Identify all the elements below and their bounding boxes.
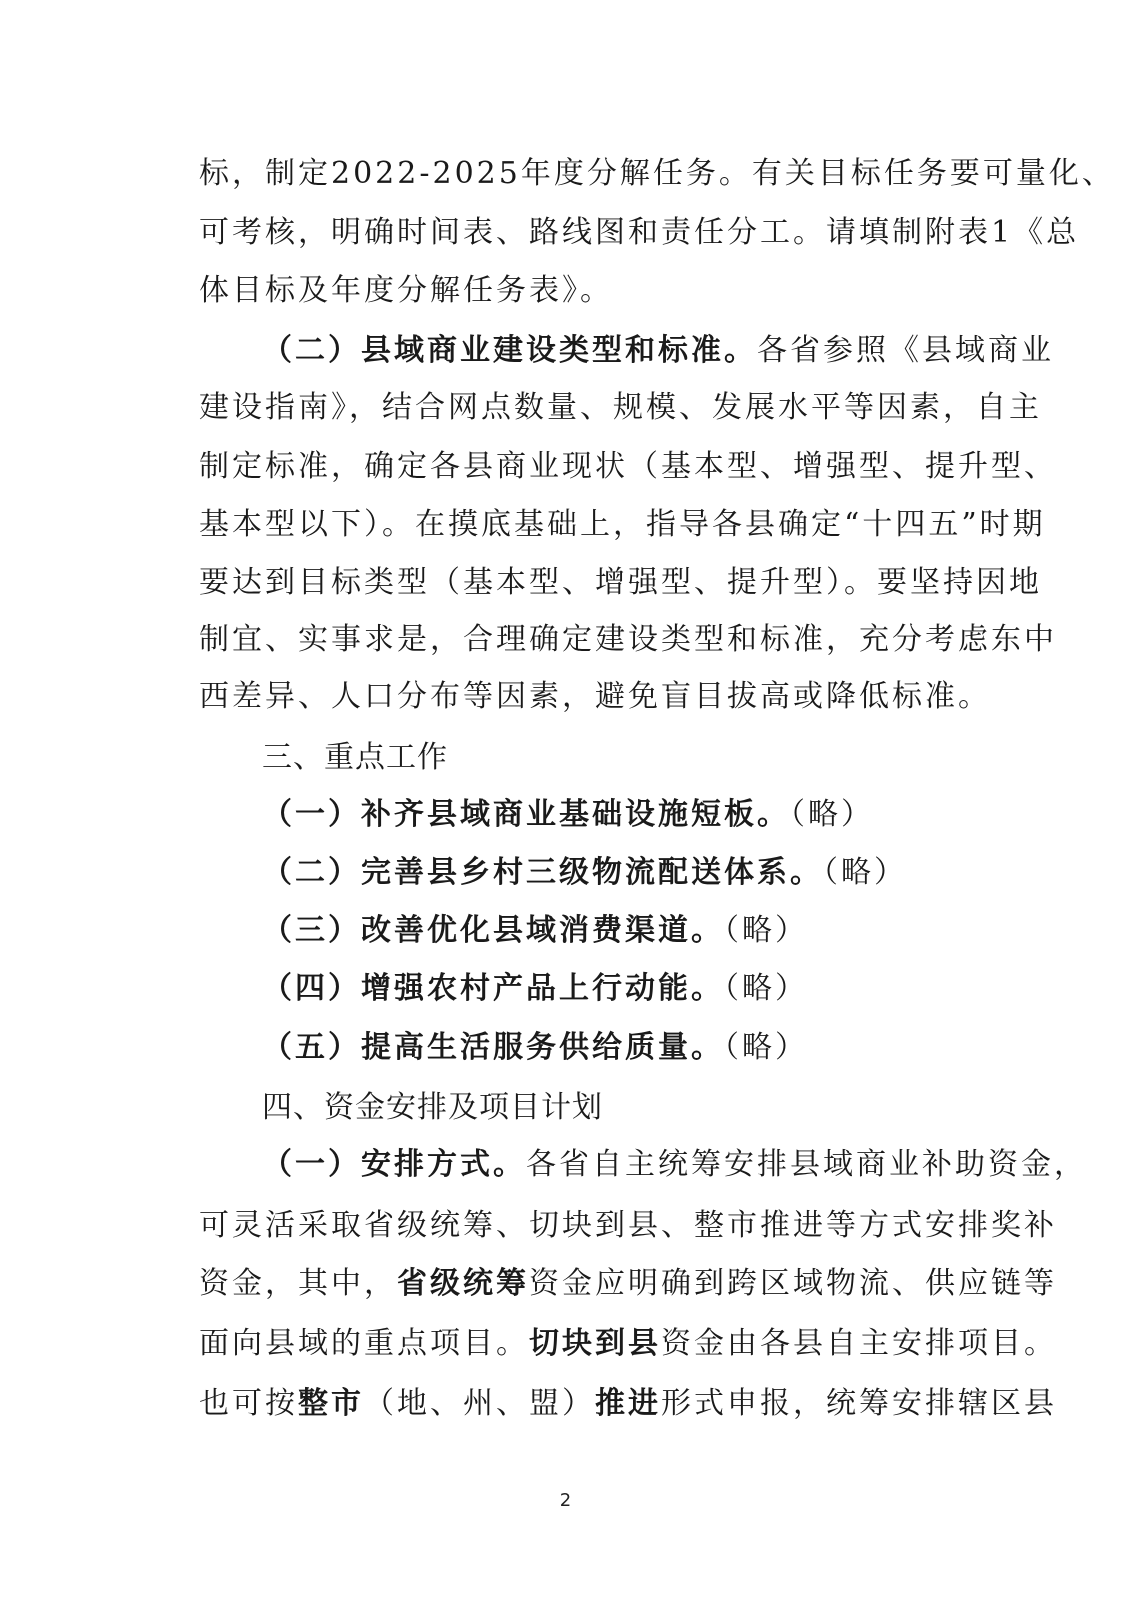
list-item-note: （略） [724, 1030, 808, 1065]
list-item-note: （略） [724, 971, 808, 1006]
list-item: （五）提高生活服务供给质量。（略） [262, 1019, 974, 1077]
list-item-title: （五）提高生活服务供给质量。 [262, 1030, 724, 1065]
emphasis-text: 省级统筹 [397, 1266, 529, 1301]
emphasis-text: 推进 [595, 1386, 661, 1421]
list-item-note: （略） [790, 797, 874, 832]
section-heading: 三、重点工作 [262, 729, 974, 787]
list-item: （一）补齐县域商业基础设施短板。（略） [262, 786, 974, 844]
paragraph-text: 资金由各县自主安排项目。 [661, 1326, 1057, 1361]
paragraph-text: 资金，其中， [199, 1266, 397, 1301]
paragraph-text: 资金应明确到跨区域物流、供应链等 [529, 1266, 1057, 1301]
paragraph-line: 制宜、实事求是，合理确定建设类型和标准，充分考虑东中 [199, 611, 974, 669]
paragraph-line: 基本型以下）。在摸底基础上，指导各县确定“十四五”时期 [199, 496, 974, 554]
subsection-title: （二）县域商业建设类型和标准。 [262, 333, 757, 368]
list-item-title: （二）完善县乡村三级物流配送体系。 [262, 855, 823, 890]
page-number: 2 [0, 1490, 1131, 1511]
list-item-title: （一）补齐县域商业基础设施短板。 [262, 797, 790, 832]
paragraph-text: 也可按 [199, 1386, 298, 1421]
paragraph-line: 西差异、人口分布等因素，避免盲目拔高或降低标准。 [199, 668, 974, 726]
list-item-title: （四）增强农村产品上行动能。 [262, 971, 724, 1006]
emphasis-text: 切块到县 [529, 1326, 661, 1361]
paragraph-line: 体目标及年度分解任务表》。 [199, 262, 974, 320]
emphasis-text: 整市 [298, 1386, 364, 1421]
subsection-title: （一）安排方式。 [262, 1147, 526, 1182]
paragraph-text: 面向县域的重点项目。 [199, 1326, 529, 1361]
paragraph-line: 资金，其中，省级统筹资金应明确到跨区域物流、供应链等 [199, 1255, 974, 1313]
paragraph-text: 各省参照《县域商业 [757, 333, 1054, 368]
paragraph-text: （地、州、盟） [364, 1386, 595, 1421]
subsection-title-line: （二）县域商业建设类型和标准。各省参照《县域商业 [262, 322, 974, 380]
section-heading: 四、资金安排及项目计划 [262, 1079, 974, 1137]
paragraph-line: 标，制定2022-2025年度分解任务。有关目标任务要可量化、 [199, 145, 974, 203]
paragraph-line: 也可按整市（地、州、盟）推进形式申报，统筹安排辖区县 [199, 1375, 974, 1433]
document-page: 标，制定2022-2025年度分解任务。有关目标任务要可量化、 可考核，明确时间… [0, 0, 1131, 1600]
list-item-note: （略） [724, 913, 808, 948]
paragraph-line: 要达到目标类型（基本型、增强型、提升型）。要坚持因地 [199, 554, 974, 612]
paragraph-line: 可灵活采取省级统筹、切块到县、整市推进等方式安排奖补 [199, 1197, 974, 1255]
list-item-title: （三）改善优化县域消费渠道。 [262, 913, 724, 948]
list-item: （三）改善优化县域消费渠道。（略） [262, 902, 974, 960]
paragraph-line: 面向县域的重点项目。切块到县资金由各县自主安排项目。 [199, 1315, 974, 1373]
list-item-note: （略） [823, 855, 907, 890]
paragraph-line: 制定标准，确定各县商业现状（基本型、增强型、提升型、 [199, 438, 974, 496]
paragraph-line: 可考核，明确时间表、路线图和责任分工。请填制附表1《总 [199, 204, 974, 262]
subsection-title-line: （一）安排方式。各省自主统筹安排县域商业补助资金， [262, 1136, 974, 1194]
list-item: （二）完善县乡村三级物流配送体系。（略） [262, 844, 974, 902]
list-item: （四）增强农村产品上行动能。（略） [262, 960, 974, 1018]
paragraph-text: 形式申报，统筹安排辖区县 [661, 1386, 1057, 1421]
paragraph-line: 建设指南》，结合网点数量、规模、发展水平等因素，自主 [199, 379, 974, 437]
paragraph-text: 各省自主统筹安排县域商业补助资金， [526, 1147, 1087, 1182]
